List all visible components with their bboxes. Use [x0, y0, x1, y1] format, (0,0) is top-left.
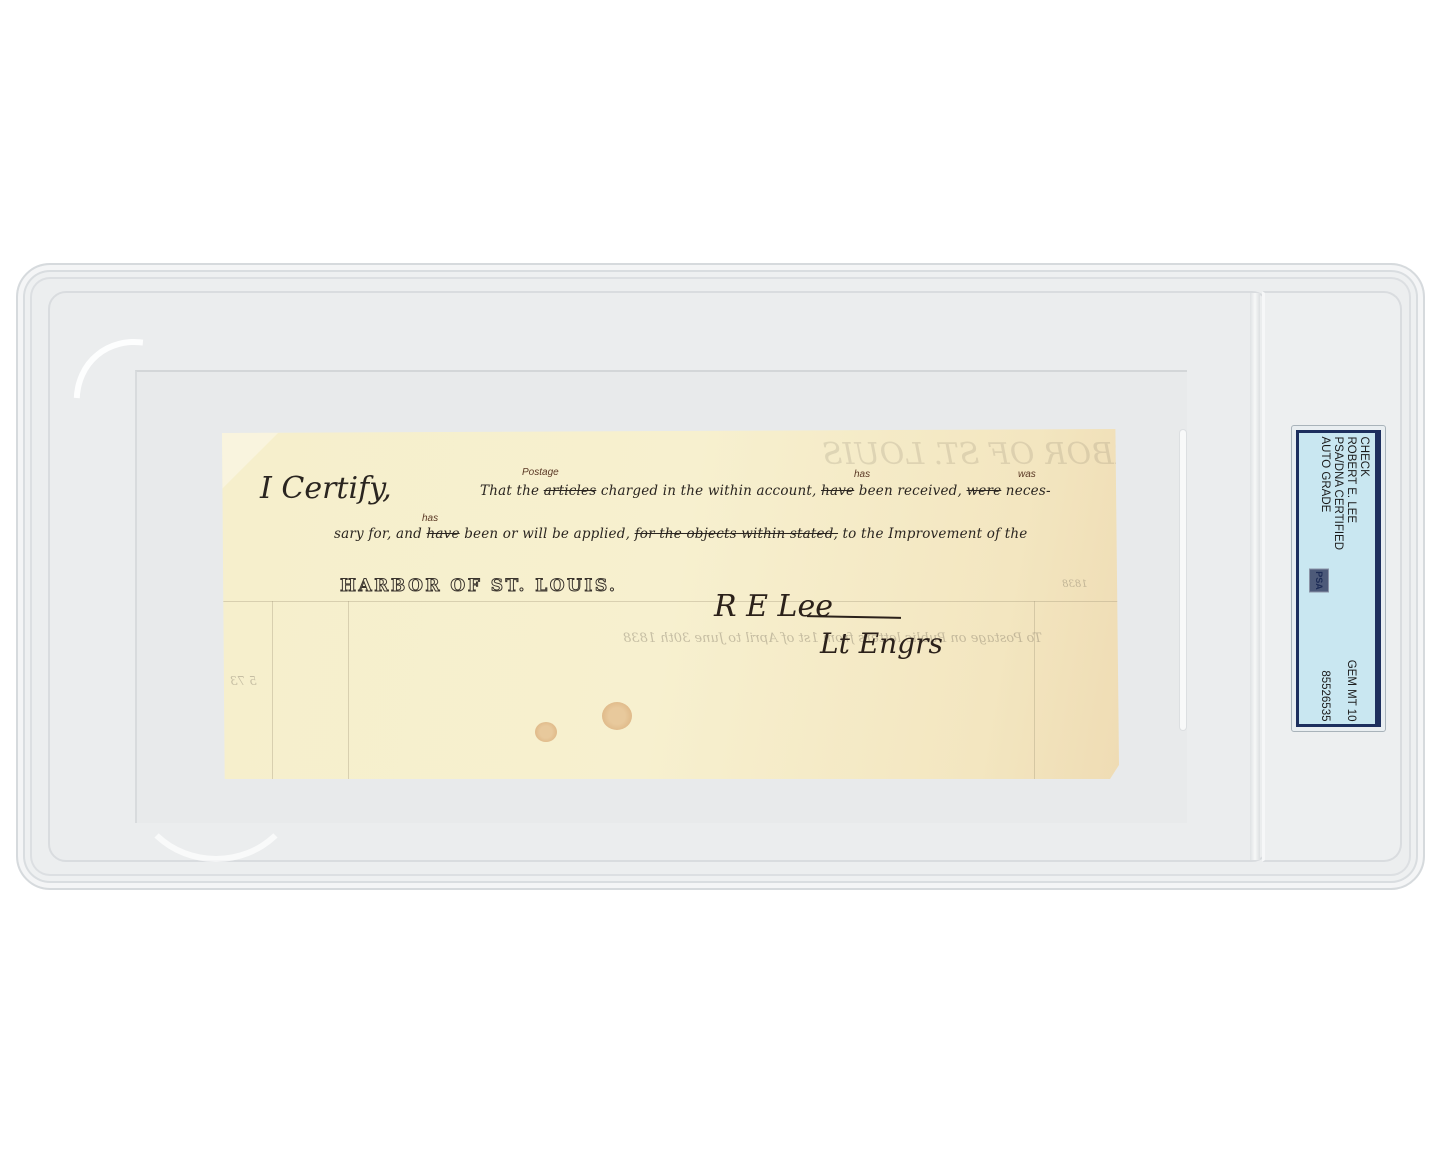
label-grade-type: AUTO GRADE	[1318, 436, 1331, 550]
bleed-year: 1838	[1062, 579, 1087, 590]
label-face: CHECK ROBERT E. LEE PSA/DNA CERTIFIED AU…	[1299, 433, 1375, 724]
ledger-column-rule	[348, 601, 349, 779]
signature-rank: Lt Engrs	[820, 627, 943, 660]
psa-logo-icon: PSA	[1309, 568, 1329, 592]
certify-heading: I Certify,	[260, 471, 392, 506]
ledger-column-rule	[1034, 601, 1035, 779]
grade-label: CHECK ROBERT E. LEE PSA/DNA CERTIFIED AU…	[1291, 425, 1386, 732]
label-text: CHECK ROBERT E. LEE PSA/DNA CERTIFIED AU…	[1304, 436, 1370, 721]
foxing-stain	[602, 702, 632, 730]
foxing-stain	[535, 722, 557, 742]
certification-line-2: sary for, and have been or will be appli…	[334, 526, 1028, 542]
insert-was: was	[1018, 469, 1036, 480]
insert-postage: Postage	[522, 467, 559, 478]
ledger-rule	[222, 601, 1119, 602]
label-cert-number: 85526535	[1318, 670, 1331, 721]
certification-line-1: That the articles charged in the within …	[480, 483, 1051, 499]
document: For the improvement of the HARBOR OF ST.…	[222, 429, 1119, 779]
harbor-heading: HARBOR OF ST. LOUIS.	[340, 576, 617, 596]
bleed-amount: 5 73	[230, 674, 257, 688]
label-subject: ROBERT E. LEE	[1344, 436, 1357, 550]
label-grade: GEM MT 10	[1344, 659, 1357, 721]
insert-has-2: has	[422, 513, 438, 524]
bleed-note: To Postage on Public letters from 1st of…	[422, 631, 1042, 646]
slab-divider	[1250, 293, 1260, 860]
document-rail	[1180, 430, 1186, 730]
label-certification: PSA/DNA CERTIFIED	[1331, 436, 1344, 550]
signature: R E Lee	[714, 589, 833, 624]
label-category: CHECK	[1357, 436, 1370, 550]
ledger-column-rule	[272, 601, 273, 779]
insert-has: has	[854, 469, 870, 480]
